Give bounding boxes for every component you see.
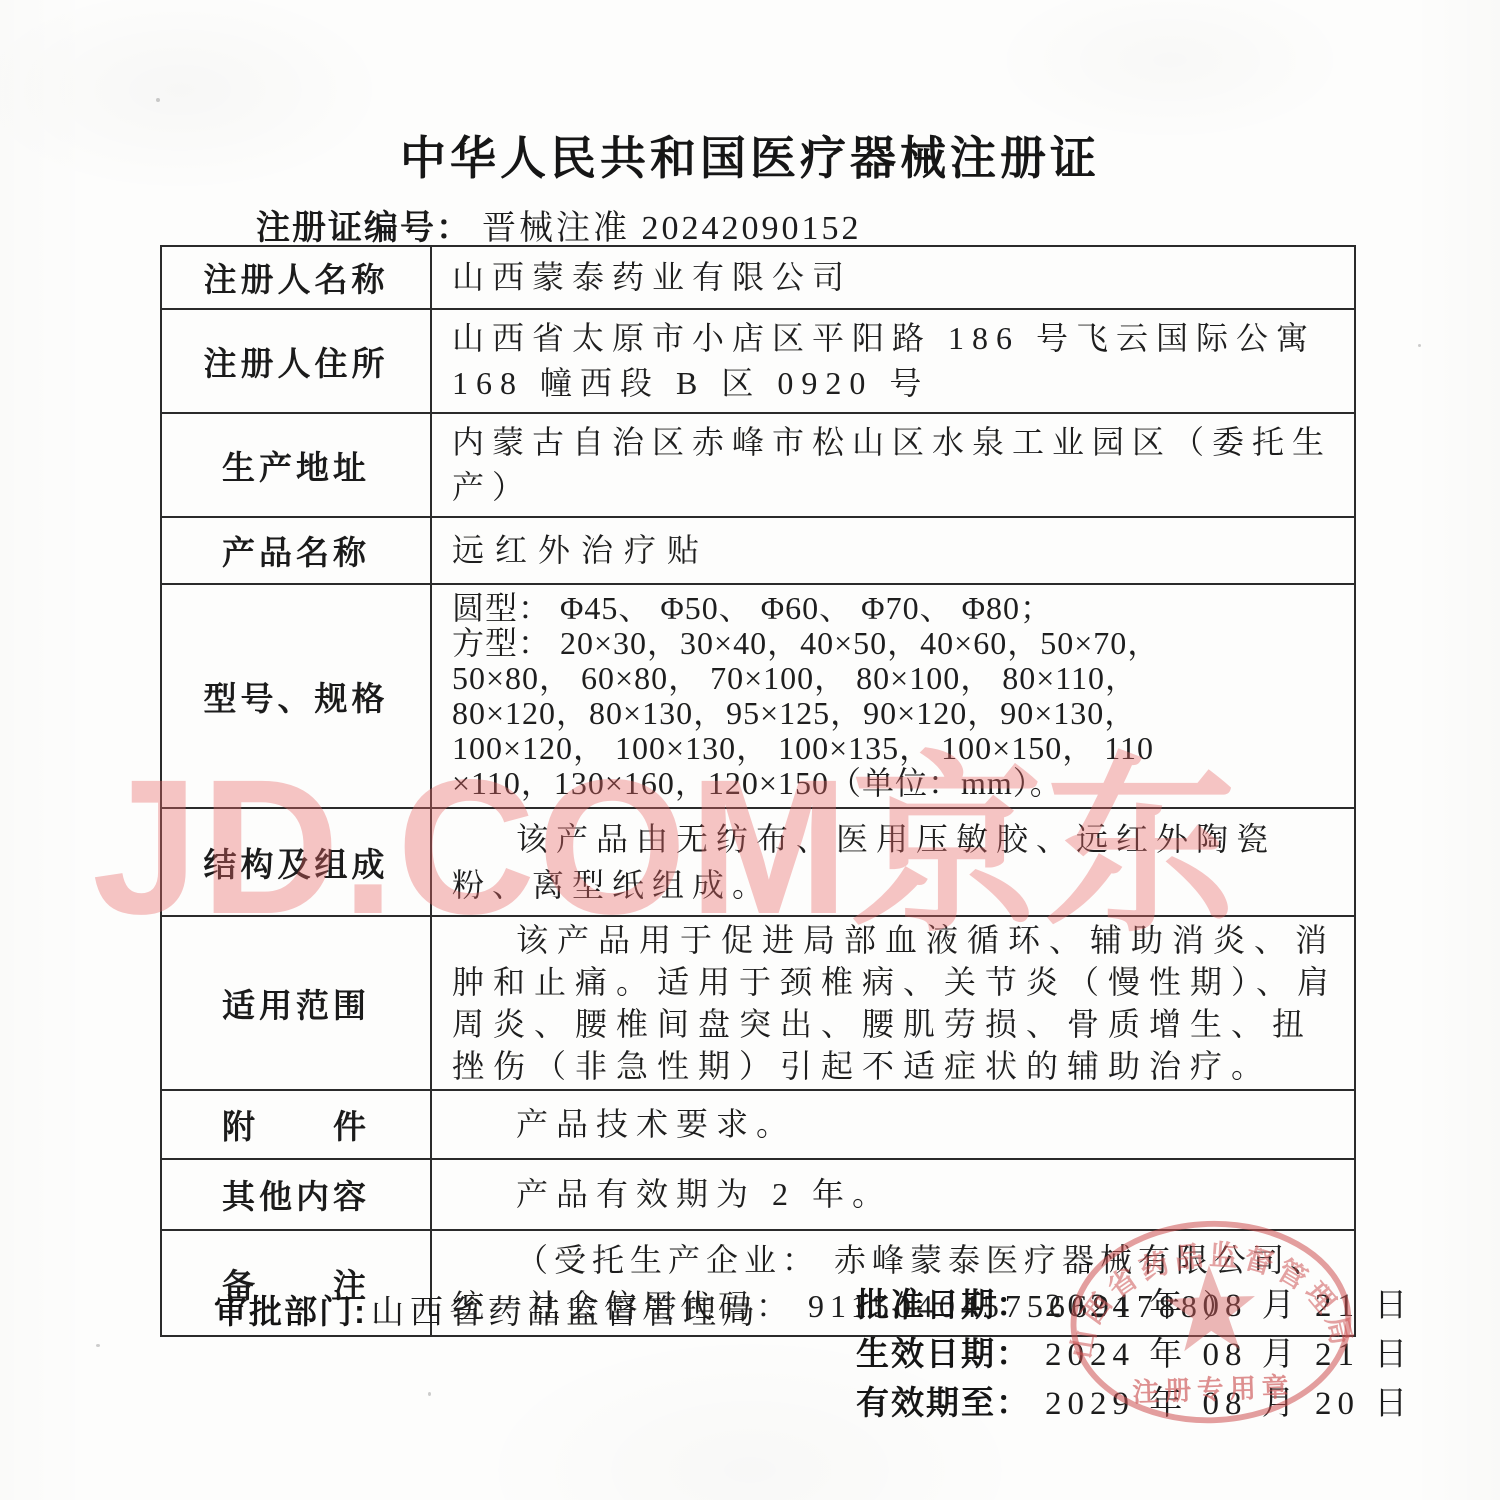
row-value-registrant-name: 山西蒙泰药业有限公司 [431,246,1355,309]
row-label-attachment: 附 件 [161,1090,431,1159]
effective-date-value: 2024 年 08 月 21 日 [1045,1337,1413,1373]
expiry-date-label: 有效期至： [856,1384,1031,1421]
row-label-registrant-address: 注册人住所 [161,309,431,413]
scan-speck [428,1392,431,1396]
registration-number-value: 晋械注准 20242090152 [482,210,862,247]
row-value-scope: 该产品用于促进局部血液循环、辅助消炎、消肿和止痛。适用于颈椎病、关节炎（慢性期）… [431,916,1355,1090]
row-label-registrant-name: 注册人名称 [161,246,431,309]
approval-date-value: 2024 年 08 月 21 日 [1045,1288,1413,1324]
approval-department-value: 山西省药品监督管理局 [371,1295,761,1331]
table-row: 注册人名称 山西蒙泰药业有限公司 [161,246,1355,309]
expiry-date-line: 有效期至：2029 年 08 月 20 日 [856,1379,1413,1428]
row-value-production-address: 内蒙古自治区赤峰市松山区水泉工业园区（委托生产） [431,413,1355,517]
row-label-structure: 结构及组成 [161,808,431,916]
approval-date-label: 批准日期： [856,1286,1031,1323]
table-row: 产品名称 远红外治疗贴 [161,517,1355,584]
scan-speck [96,1344,100,1347]
certificate-title: 中华人民共和国医疗器械注册证 [0,122,1500,188]
table-row: 注册人住所 山西省太原市小店区平阳路 186 号飞云国际公寓 168 幢西段 B… [161,309,1355,413]
table-row: 适用范围 该产品用于促进局部血液循环、辅助消炎、消肿和止痛。适用于颈椎病、关节炎… [161,916,1355,1090]
scan-speck [1418,344,1421,347]
row-label-scope: 适用范围 [161,916,431,1090]
row-label-product-name: 产品名称 [161,517,431,584]
row-label-model-spec: 型号、规格 [161,584,431,808]
row-value-model-spec: 圆型： Φ45、 Φ50、 Φ60、 Φ70、 Φ80； 方型： 20×30，3… [431,584,1355,808]
row-value-product-name: 远红外治疗贴 [431,517,1355,584]
row-value-other-content: 产品有效期为 2 年。 [431,1159,1355,1230]
scan-speck [156,98,160,102]
effective-date-line: 生效日期：2024 年 08 月 21 日 [856,1330,1413,1379]
table-row: 附 件 产品技术要求。 [161,1090,1355,1159]
dates-block: 批准日期：2024 年 08 月 21 日 生效日期：2024 年 08 月 2… [856,1281,1413,1428]
row-label-other-content: 其他内容 [161,1159,431,1230]
table-row: 生产地址 内蒙古自治区赤峰市松山区水泉工业园区（委托生产） [161,413,1355,517]
certificate-table: 注册人名称 山西蒙泰药业有限公司 注册人住所 山西省太原市小店区平阳路 186 … [160,245,1356,1337]
row-value-attachment: 产品技术要求。 [431,1090,1355,1159]
effective-date-label: 生效日期： [856,1335,1031,1372]
row-value-registrant-address: 山西省太原市小店区平阳路 186 号飞云国际公寓 168 幢西段 B 区 092… [431,309,1355,413]
expiry-date-value: 2029 年 08 月 20 日 [1045,1386,1413,1422]
approval-department-label: 审批部门: [214,1293,367,1330]
registration-number-line: 注册证编号：晋械注准 20242090152 [256,200,862,249]
table-row: 型号、规格 圆型： Φ45、 Φ50、 Φ60、 Φ70、 Φ80； 方型： 2… [161,584,1355,808]
table-row: 结构及组成 该产品由无纺布、医用压敏胶、远红外陶瓷粉、离型纸组成。 [161,808,1355,916]
registration-number-label: 注册证编号： [256,209,472,247]
row-value-structure: 该产品由无纺布、医用压敏胶、远红外陶瓷粉、离型纸组成。 [431,808,1355,916]
row-label-production-address: 生产地址 [161,413,431,517]
approval-department-line: 审批部门:山西省药品监督管理局 [214,1286,761,1333]
table-row: 其他内容 产品有效期为 2 年。 [161,1159,1355,1230]
approval-date-line: 批准日期：2024 年 08 月 21 日 [856,1281,1413,1330]
certificate-page: 中华人民共和国医疗器械注册证 注册证编号：晋械注准 20242090152 注册… [0,0,1500,1500]
